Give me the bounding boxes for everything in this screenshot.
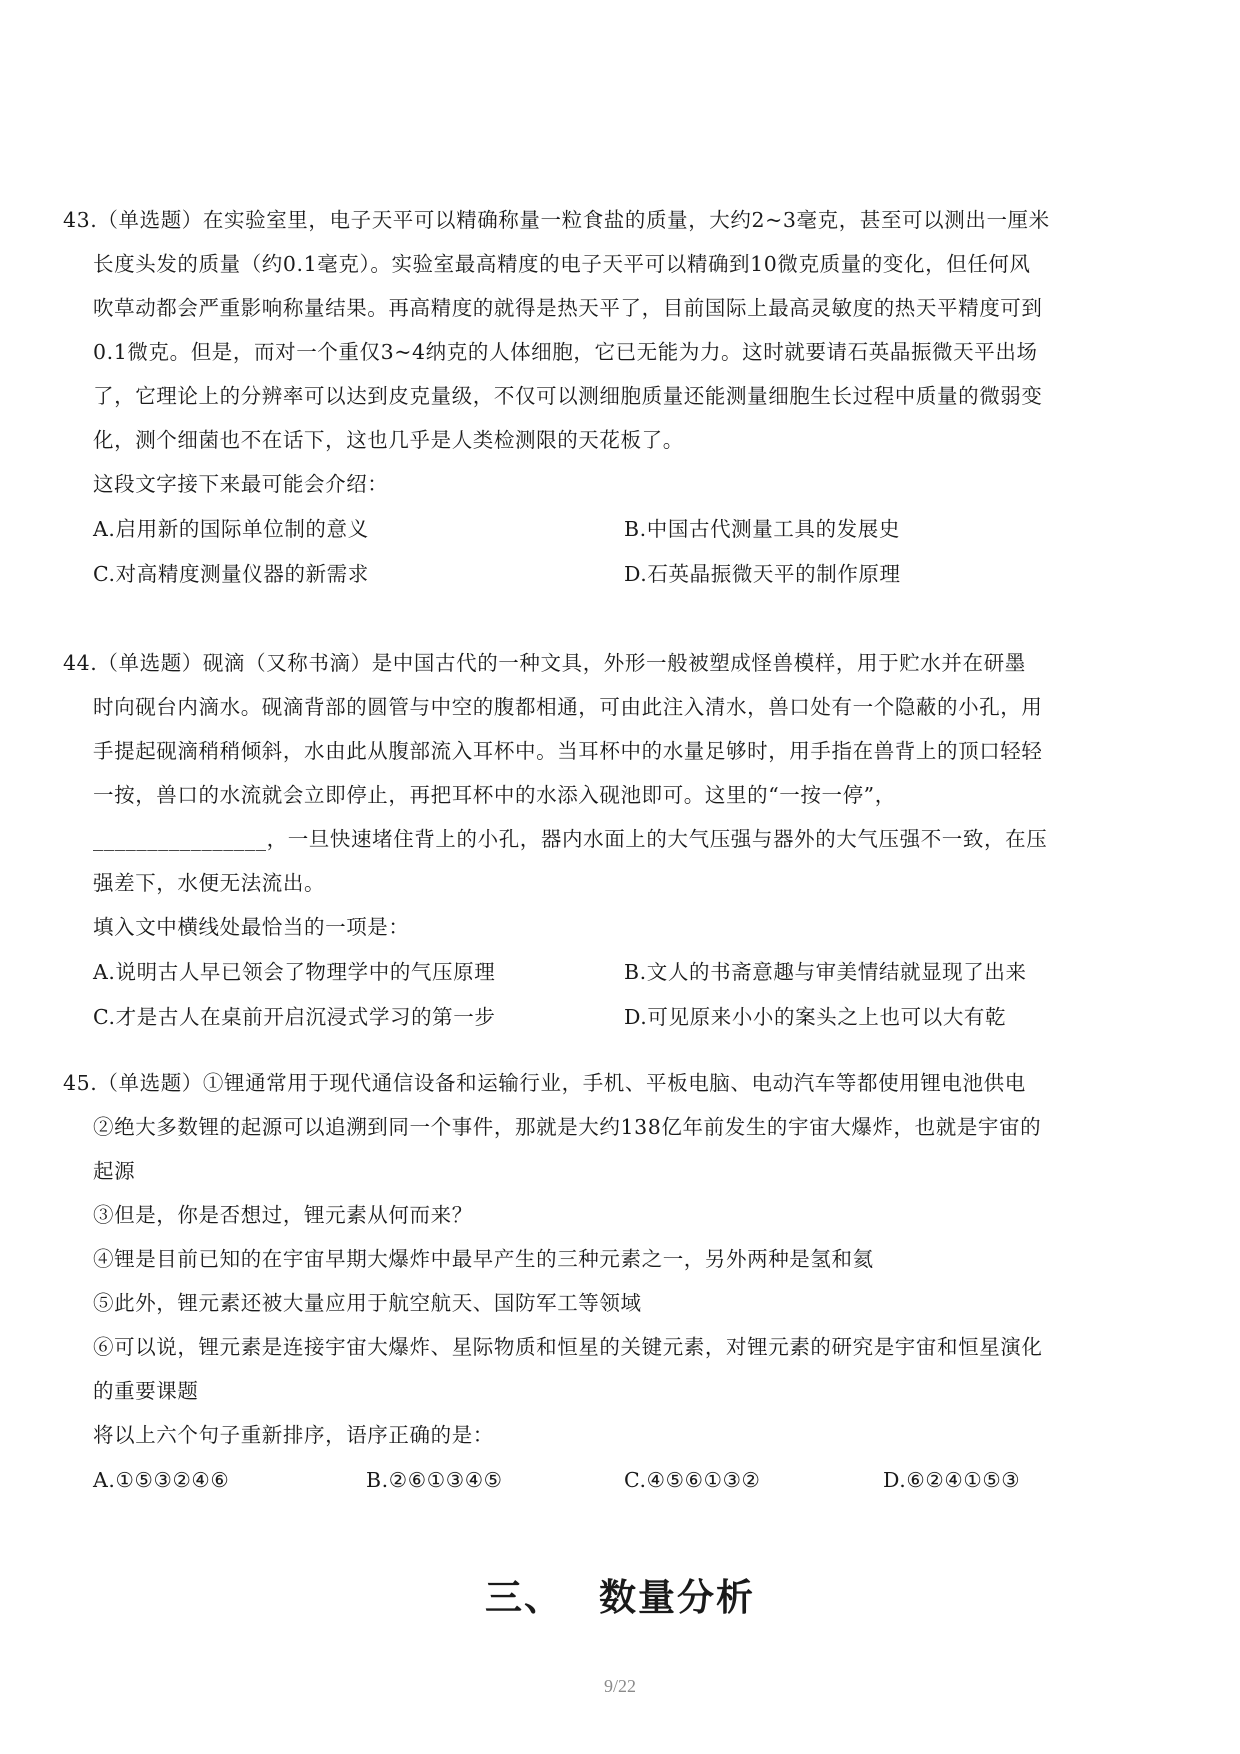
- question-text-line: ⑥可以说，锂元素是连接宇宙大爆炸、星际物质和恒星的关键元素，对锂元素的研究是宇宙…: [93, 1333, 1133, 1361]
- option-b[interactable]: B.文人的书斋意趣与审美情结就显现了出来: [624, 958, 1027, 986]
- option-c[interactable]: C.才是古人在桌前开启沉浸式学习的第一步: [93, 1003, 495, 1031]
- question-text-line: 0.1微克。但是，而对一个重仅3~4纳克的人体细胞，它已无能为力。这时就要请石英…: [93, 338, 1133, 366]
- section-title-text: 数量分析: [599, 1576, 755, 1619]
- question-text-line: 起源: [93, 1157, 1133, 1185]
- question-text-line: 吹草动都会严重影响称量结果。再高精度的就得是热天平了，目前国际上最高灵敏度的热天…: [93, 294, 1133, 322]
- question-text-line: 44.（单选题）砚滴（又称书滴）是中国古代的一种文具，外形一般被塑成怪兽模样，用…: [63, 649, 1103, 677]
- question-text-line: 43.（单选题）在实验室里，电子天平可以精确称量一粒食盐的质量，大约2~3毫克，…: [63, 206, 1103, 234]
- option-d[interactable]: D.石英晶振微天平的制作原理: [624, 560, 901, 588]
- question-text-line: 45.（单选题）①锂通常用于现代通信设备和运输行业，手机、平板电脑、电动汽车等都…: [63, 1069, 1103, 1097]
- section-number: 三、: [485, 1576, 563, 1619]
- question-text-line: ③但是，你是否想过，锂元素从何而来？: [93, 1201, 1133, 1229]
- question-text-line: ②绝大多数锂的起源可以追溯到同一个事件，那就是大约138亿年前发生的宇宙大爆炸，…: [93, 1113, 1133, 1141]
- question-prompt: 将以上六个句子重新排序，语序正确的是：: [93, 1421, 1133, 1449]
- question-prompt: 这段文字接下来最可能会介绍：: [93, 470, 1133, 498]
- section-heading: 三、数量分析: [0, 1575, 1240, 1621]
- option-d[interactable]: D.⑥②④①⑤③: [883, 1466, 1020, 1494]
- question-text-line: 化，测个细菌也不在话下，这也几乎是人类检测限的天花板了。: [93, 426, 1133, 454]
- option-c[interactable]: C.对高精度测量仪器的新需求: [93, 560, 369, 588]
- question-text-line: 的重要课题: [93, 1377, 1133, 1405]
- option-b[interactable]: B.②⑥①③④⑤: [366, 1466, 503, 1494]
- question-prompt: 填入文中横线处最恰当的一项是：: [93, 913, 1133, 941]
- question-text-line: 时向砚台内滴水。砚滴背部的圆管与中空的腹都相通，可由此注入清水，兽口处有一个隐蔽…: [93, 693, 1133, 721]
- question-text-line: 手提起砚滴稍稍倾斜，水由此从腹部流入耳杯中。当耳杯中的水量足够时，用手指在兽背上…: [93, 737, 1133, 765]
- question-text-line: 一按，兽口的水流就会立即停止，再把耳杯中的水添入砚池即可。这里的“一按一停”，: [93, 781, 1133, 809]
- document-page: 43.（单选题）在实验室里，电子天平可以精确称量一粒食盐的质量，大约2~3毫克，…: [0, 0, 1240, 1754]
- option-a[interactable]: A.说明古人早已领会了物理学中的气压原理: [93, 958, 495, 986]
- option-c[interactable]: C.④⑤⑥①③②: [624, 1466, 761, 1494]
- option-b[interactable]: B.中国古代测量工具的发展史: [624, 515, 900, 543]
- option-d[interactable]: D.可见原来小小的案头之上也可以大有乾: [624, 1003, 1006, 1031]
- question-text-line: 了，它理论上的分辨率可以达到皮克量级，不仅可以测细胞质量还能测量细胞生长过程中质…: [93, 382, 1133, 410]
- question-text-line: ⑤此外，锂元素还被大量应用于航空航天、国防军工等领域: [93, 1289, 1133, 1317]
- option-a[interactable]: A.启用新的国际单位制的意义: [93, 515, 369, 543]
- option-a[interactable]: A.①⑤③②④⑥: [93, 1466, 229, 1494]
- question-text-line: 长度头发的质量（约0.1毫克）。实验室最高精度的电子天平可以精确到10微克质量的…: [93, 250, 1133, 278]
- page-number: 9/22: [0, 1676, 1240, 1697]
- question-text-line: 强差下，水便无法流出。: [93, 869, 1133, 897]
- question-text-line-with-blank: ________________，一旦快速堵住背上的小孔，器内水面上的大气压强与…: [93, 825, 1133, 853]
- question-text-line: ④锂是目前已知的在宇宙早期大爆炸中最早产生的三种元素之一，另外两种是氢和氦: [93, 1245, 1133, 1273]
